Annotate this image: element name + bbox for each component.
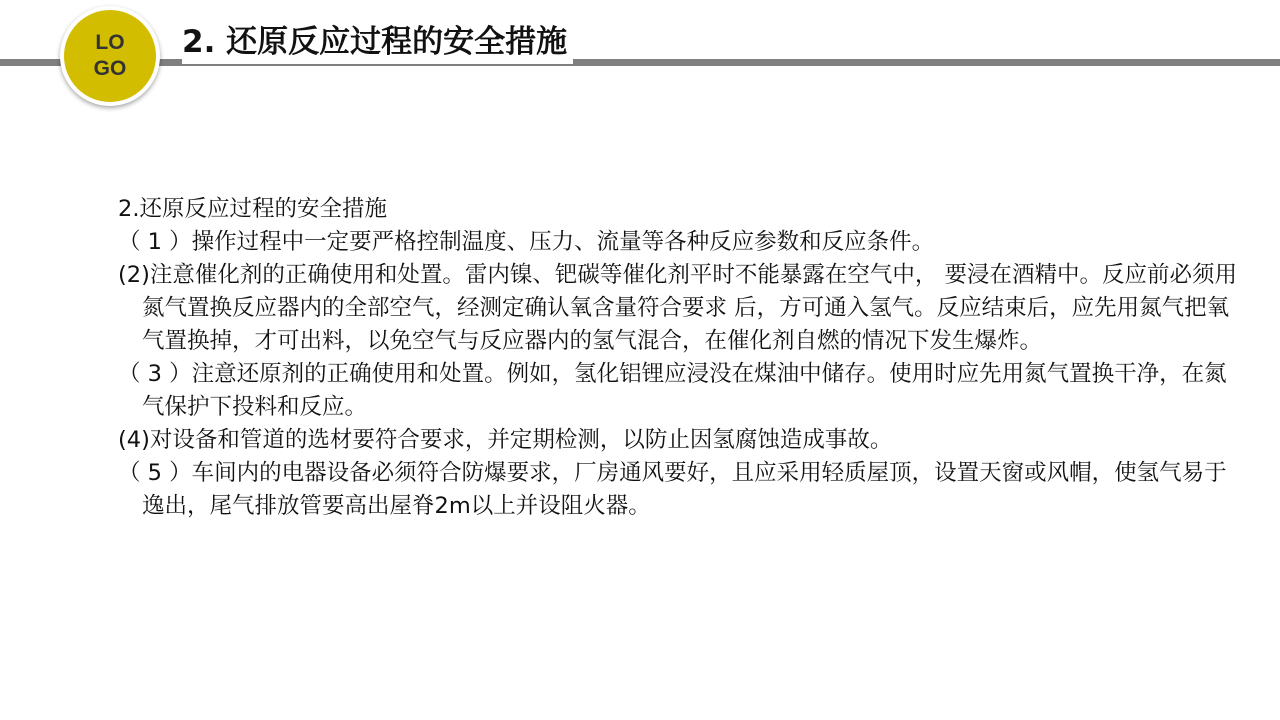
content-body: 2.还原反应过程的安全措施 （ 1 ）操作过程中一定要严格控制温度、压力、流量等… <box>118 193 1248 523</box>
list-item-2: (2)注意催化剂的正确使用和处置。雷内镍、钯碳等催化剂平时不能暴露在空气中， 要… <box>118 259 1248 358</box>
list-item-3: （ 3 ）注意还原剂的正确使用和处置。例如，氢化铝锂应浸没在煤油中储存。使用时应… <box>118 358 1248 424</box>
logo-text-line2: GO <box>94 56 127 82</box>
list-item-1: （ 1 ）操作过程中一定要严格控制温度、压力、流量等各种反应参数和反应条件。 <box>118 226 1248 259</box>
slide-title: 2. 还原反应过程的安全措施 <box>182 20 573 64</box>
list-item-5: （ 5 ）车间内的电器设备必须符合防爆要求，厂房通风要好，且应采用轻质屋顶，设置… <box>118 457 1248 523</box>
logo-text-line1: LO <box>95 30 124 56</box>
slide: LO GO 2. 还原反应过程的安全措施 2.还原反应过程的安全措施 （ 1 ）… <box>0 0 1280 720</box>
list-item-4: (4)对设备和管道的选材要符合要求，并定期检测，以防止因氢腐蚀造成事故。 <box>118 424 1248 457</box>
content-heading: 2.还原反应过程的安全措施 <box>118 193 1248 226</box>
logo-badge: LO GO <box>60 6 160 106</box>
